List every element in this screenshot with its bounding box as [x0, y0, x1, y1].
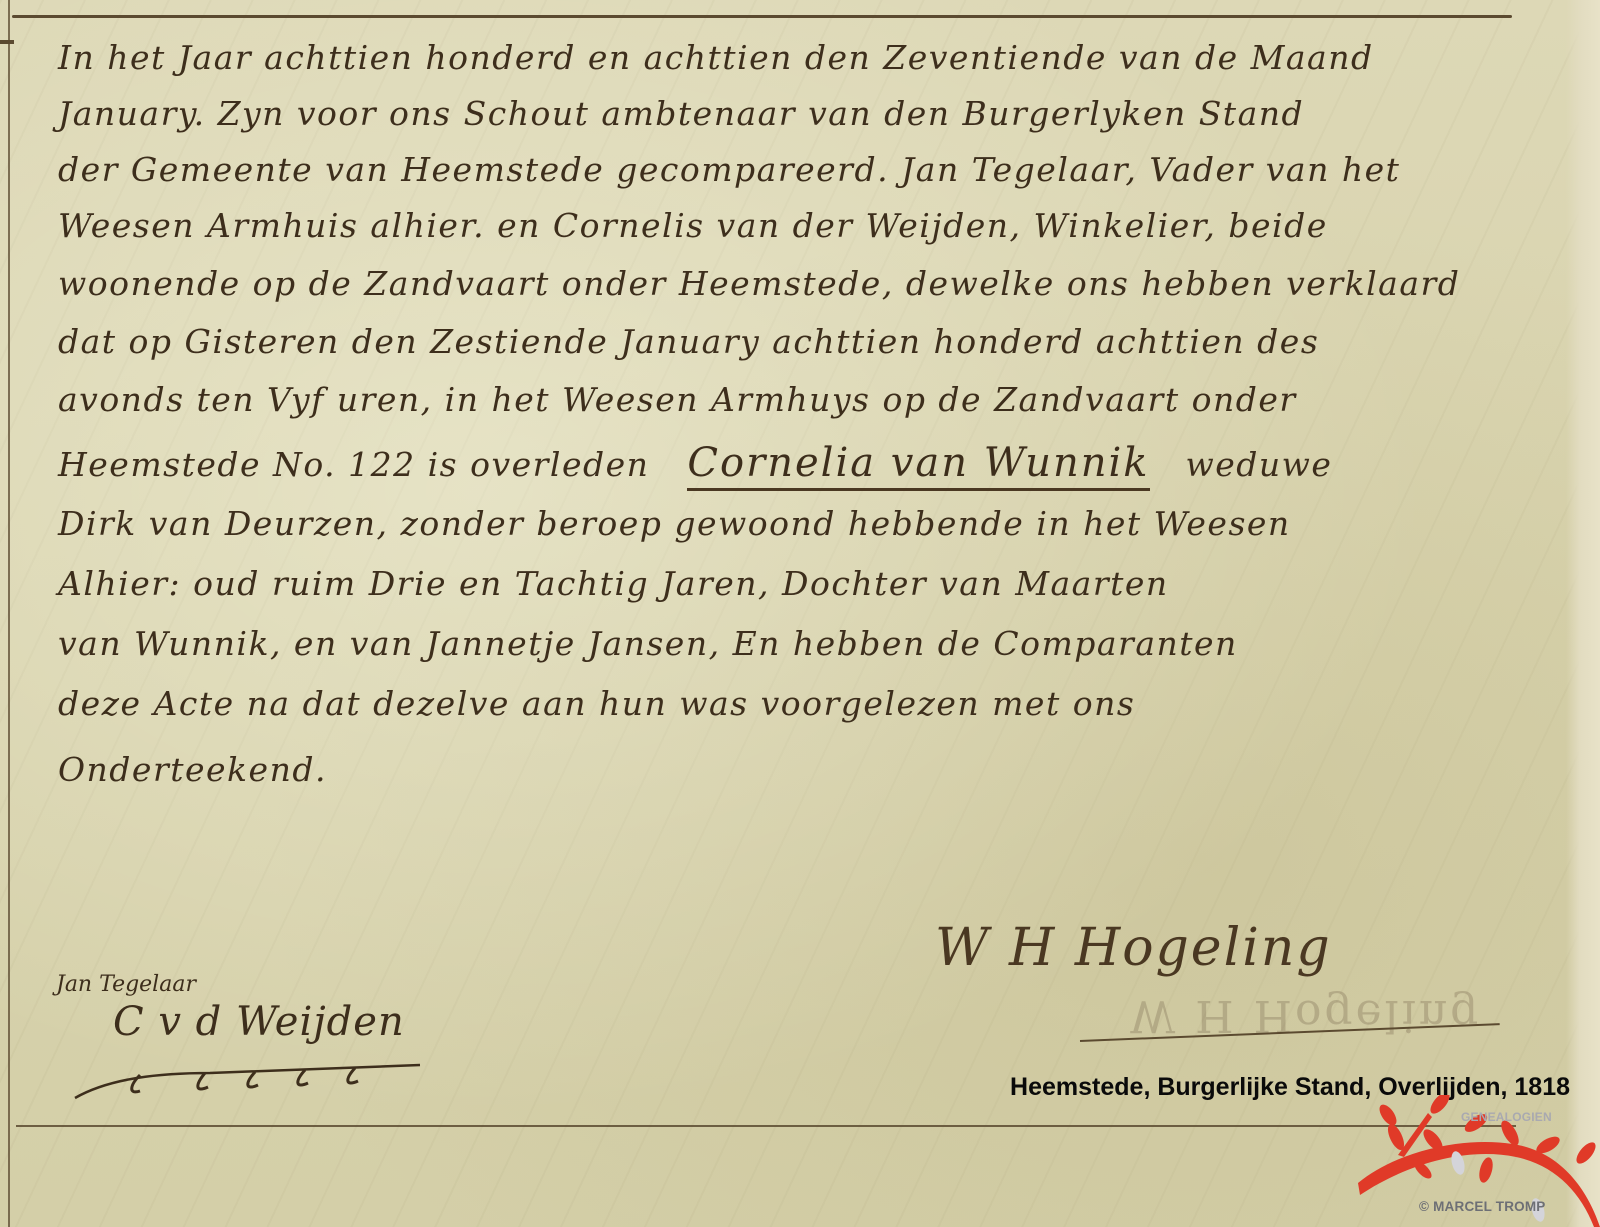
- witness-signatures: Jan Tegelaar C v d Weijden: [48, 972, 405, 1045]
- record-line-8: Heemstede No. 122 is overleden Cornelia …: [58, 440, 1332, 486]
- official-signature: W H Hogeling: [935, 918, 1332, 978]
- witness-signature-tegelaar: Jan Tegelaar: [56, 972, 405, 997]
- top-ruled-line: [12, 15, 1512, 18]
- record-line-5: woonende op de Zandvaart onder Heemstede…: [58, 264, 1460, 303]
- record-line-8-text: Heemstede No. 122 is overleden: [58, 445, 649, 484]
- bleed-through-stamp: W H Hogeling: [1130, 990, 1481, 1041]
- record-line-11: van Wunnik, en van Jannetje Jansen, En h…: [58, 624, 1238, 663]
- record-line-6: dat op Gisteren den Zestiende January ac…: [58, 322, 1319, 361]
- bottom-ruled-line: [16, 1125, 1516, 1127]
- bleed-through-text: W H Hogeling: [1130, 990, 1481, 1041]
- witness-signature-weijden: C v d Weijden: [113, 999, 405, 1045]
- widow-label: weduwe: [1186, 445, 1333, 484]
- record-line-2: January. Zyn voor ons Schout ambtenaar v…: [58, 94, 1304, 133]
- record-line-12: deze Acte na dat dezelve aan hun was voo…: [58, 684, 1135, 723]
- watermark-copyright-text: © MARCEL TROMP: [1419, 1199, 1546, 1214]
- record-line-13: Onderteekend.: [58, 750, 327, 789]
- record-line-9: Dirk van Deurzen, zonder beroep gewoond …: [58, 504, 1291, 543]
- deceased-name: Cornelia van Wunnik: [687, 440, 1149, 491]
- record-line-10: Alhier: oud ruim Drie en Tachtig Jaren, …: [58, 564, 1169, 603]
- margin-tick-mark: [0, 40, 14, 44]
- record-line-3: der Gemeente van Heemstede gecompareerd.…: [58, 150, 1400, 189]
- paper-edge: [1566, 0, 1600, 1227]
- left-margin-line: [8, 0, 10, 1227]
- record-line-4: Weesen Armhuis alhier. en Cornelis van d…: [58, 206, 1328, 245]
- record-line-7: avonds ten Vyf uren, in het Weesen Armhu…: [58, 380, 1297, 419]
- watermark-genealogien-text: GENEALOGIEN: [1461, 1110, 1552, 1124]
- signature-flourish-icon: [70, 1063, 430, 1103]
- record-line-1: In het Jaar achttien honderd en achttien…: [58, 38, 1374, 77]
